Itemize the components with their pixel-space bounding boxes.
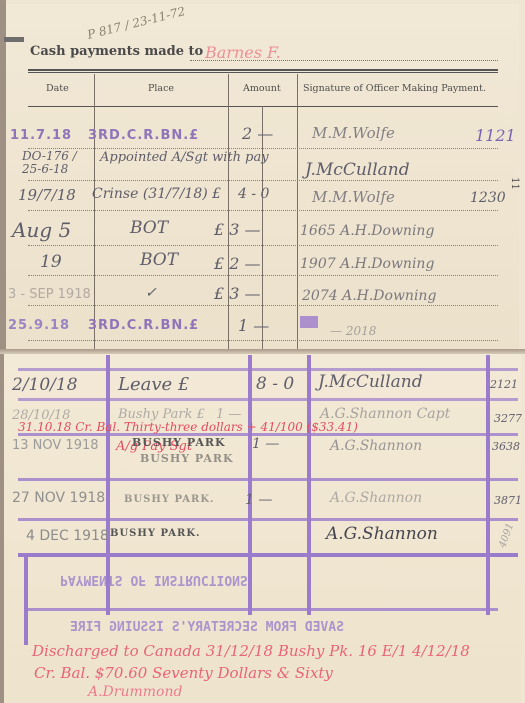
row-3-date: 19/7/18: [18, 186, 76, 204]
row-5-amount: £ 2 —: [214, 254, 261, 273]
lower-row-3-place-dup: BUSHY PARK: [140, 452, 234, 465]
row-2-place: Appointed A/Sgt with pay: [100, 150, 300, 166]
row-1-signature: M.M.Wolfe: [312, 124, 395, 142]
row-2-date: DO-176 / 25-6-18: [22, 150, 92, 176]
clip-mark: [4, 37, 24, 42]
header-rule-top: [28, 69, 498, 71]
row-4-date: Aug 5: [12, 218, 71, 242]
col-divider-place: [228, 74, 229, 349]
pay-book-page: P 817 / 23-11-72 Cash payments made to B…: [0, 0, 525, 703]
lower-row-5-date: 4 DEC 1918: [26, 528, 109, 544]
lower-row-3-amount: 1 —: [252, 436, 279, 452]
lower-row-5-signature: A.G.Shannon: [326, 524, 438, 544]
row-3-amount: 4 - 0: [238, 186, 269, 202]
table-header: Date Place Amount Signature of Officer M…: [28, 72, 498, 106]
lower-row-1-number: 2121: [490, 378, 518, 391]
grid-line: [486, 355, 490, 615]
discharge-note-line-2: Cr. Bal. $70.60 Seventy Dollars & Sixty: [34, 664, 333, 682]
lower-row-1-place: Leave £: [118, 374, 189, 395]
side-mark: 11: [509, 177, 520, 190]
grid-line: [18, 553, 518, 557]
lower-row-4-signature: A.G.Shannon: [330, 490, 422, 506]
header-signature: Signature of Officer Making Payment.: [303, 83, 486, 94]
grid-line: [18, 478, 518, 481]
row-4-place: BOT: [130, 218, 168, 238]
header-amount: Amount: [243, 83, 281, 94]
page-title: Cash payments made to: [30, 44, 203, 59]
grid-line: [248, 355, 252, 615]
row-5-signature: 1907 A.H.Downing: [300, 256, 434, 272]
lower-row-3-place: BUSHY PARK: [132, 436, 226, 449]
row-6-signature: 2074 A.H.Downing: [302, 288, 436, 304]
row-6-amount: £ 3 —: [214, 284, 261, 303]
payee-name: Barnes F.: [205, 43, 281, 62]
grid-line: [307, 355, 311, 615]
row-5-date: 19: [40, 252, 62, 272]
row-7-signature: — 2018: [330, 324, 376, 338]
grid-line: [18, 368, 518, 371]
header-rule-bottom: [28, 106, 498, 107]
grid-line: [28, 608, 498, 611]
row-5-place: BOT: [140, 250, 178, 270]
row-7-date: 25.9.18: [8, 318, 70, 333]
grid-line: [18, 518, 518, 521]
lower-row-3-signature: A.G.Shannon: [330, 438, 422, 454]
grid-line: [18, 398, 518, 401]
lower-row-1-signature: J.McCulland: [318, 372, 423, 392]
lower-row-1-amount: 8 - 0: [256, 374, 294, 394]
row-7-place: 3RD.C.R.BN.£: [88, 318, 199, 333]
bleed-through-line-2: SAVED FROM SECRETARY'S ISSUING FIRE: [70, 620, 344, 635]
discharge-note-line-1: Discharged to Canada 31/12/18 Bushy Pk. …: [32, 642, 470, 660]
row-rule: [28, 210, 498, 211]
row-rule: [28, 275, 498, 276]
lower-row-4-amount: 1 —: [245, 492, 272, 508]
row-1-place: 3RD.C.R.BN.£: [88, 128, 199, 143]
row-1-date: 11.7.18: [10, 128, 72, 143]
lower-row-3-date: 13 NOV 1918: [12, 438, 99, 453]
row-6-date: 3 - SEP 1918: [8, 287, 91, 302]
lower-row-1-date: 2/10/18: [12, 375, 78, 395]
page-fold: [0, 349, 525, 354]
credit-balance-note: 31.10.18 Cr. Bal. Thirty-three dollars +…: [18, 420, 358, 434]
row-3-number: 1230: [470, 190, 506, 206]
row-4-signature: 1665 A.H.Downing: [300, 223, 434, 239]
header-place: Place: [148, 83, 174, 94]
discharge-signature: A.Drummond: [88, 684, 182, 700]
row-1-number: 1121: [475, 126, 516, 145]
row-rule: [28, 180, 498, 181]
row-3-signature: M.M.Wolfe: [312, 188, 395, 206]
lower-row-5-place: BUSHY PARK.: [110, 528, 201, 539]
row-1-amount: 2 —: [242, 124, 273, 143]
lower-row-4-date: 27 NOV 1918: [12, 490, 105, 506]
lower-row-2-number: 3277: [494, 412, 522, 425]
row-3-place: Crinse (31/7/18) £: [92, 186, 221, 202]
stamp-fragment: [300, 316, 318, 328]
grid-line: [24, 555, 28, 645]
row-4-amount: £ 3 —: [214, 220, 261, 239]
row-rule: [28, 340, 498, 341]
row-rule: [28, 245, 498, 246]
row-rule: [28, 148, 498, 149]
lower-row-3-number: 3638: [492, 440, 520, 453]
col-divider-date: [94, 74, 95, 349]
col-divider-amount: [297, 74, 298, 349]
row-rule: [28, 305, 498, 306]
lower-row-4-number: 3871: [494, 494, 522, 507]
bleed-through-line-1: PAYMENTS OF INSTRUCTIONS: [60, 572, 248, 587]
row-7-amount: 1 —: [238, 316, 269, 335]
row-6-place: ✓: [145, 285, 157, 301]
row-2-signature: J.McCulland: [305, 160, 410, 180]
lower-row-4-place: BUSHY PARK.: [124, 494, 215, 505]
header-date: Date: [46, 83, 69, 94]
